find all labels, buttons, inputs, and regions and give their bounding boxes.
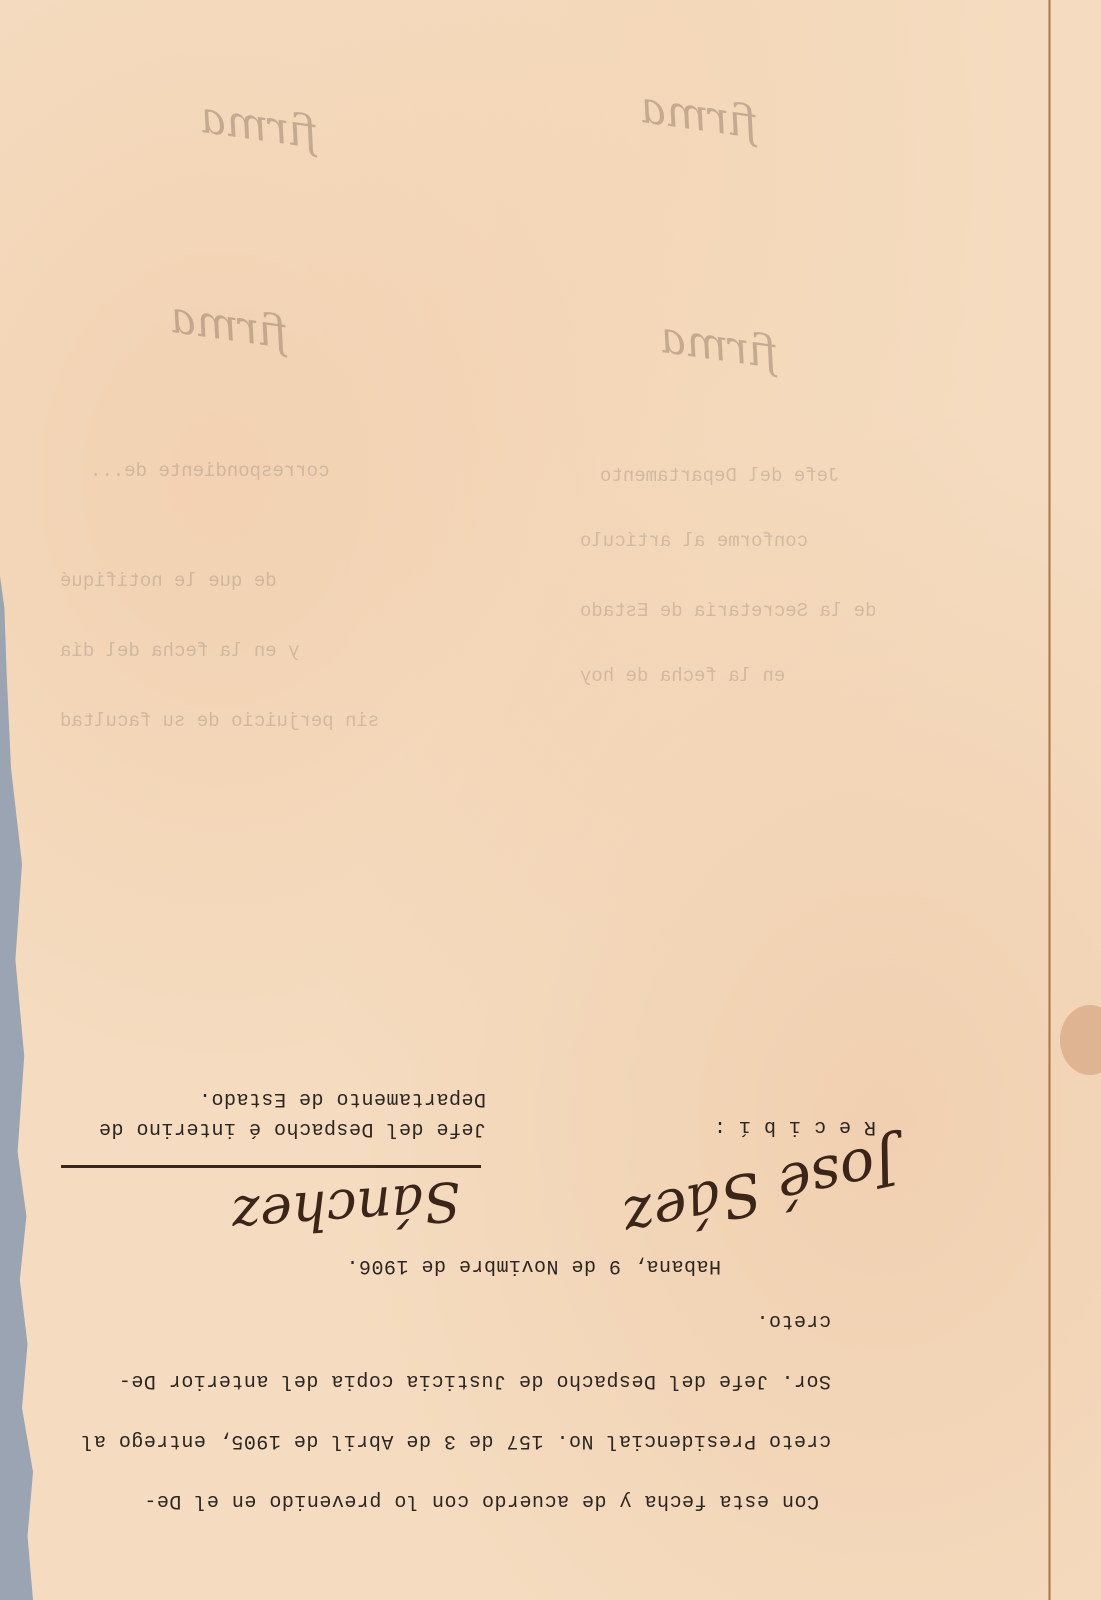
bleed-through-text: sin perjuicio de su facultad	[60, 710, 379, 732]
body-line-4: creto.	[756, 1309, 831, 1332]
date-line: Habana, 9 de Novimbre de 1906.	[346, 1254, 721, 1277]
bleed-through-text: de la Secretaría de Estado	[580, 600, 876, 622]
signatory-title-1: Jefe del Despacho é interino de	[98, 1117, 486, 1140]
body-line-2: creto Presidencial No. 157 de 3 de Abril…	[81, 1429, 831, 1452]
body-line-1: Con esta fecha y de acuerdo con lo preve…	[144, 1489, 819, 1512]
bleed-through-text: correspondiente de...	[90, 460, 329, 482]
bleed-through-text: Jefe del Departamento	[600, 465, 839, 487]
bleed-through-text: en la fecha de hoy	[580, 665, 785, 687]
bleed-through-text: y en la fecha del día	[60, 640, 299, 662]
bleed-through-text: conforme al artículo	[580, 530, 808, 552]
signatory-title-2: Departamento de Estado.	[198, 1087, 486, 1110]
document-page	[0, 0, 1101, 1600]
bleed-through-text: de que le notifiqué	[60, 570, 277, 592]
body-line-3: Sor. Jefe del Despacho de Justicia copia…	[118, 1369, 831, 1392]
paper-fold-line	[1048, 0, 1051, 1600]
receipt-label: R e c i b í :	[713, 1115, 876, 1138]
